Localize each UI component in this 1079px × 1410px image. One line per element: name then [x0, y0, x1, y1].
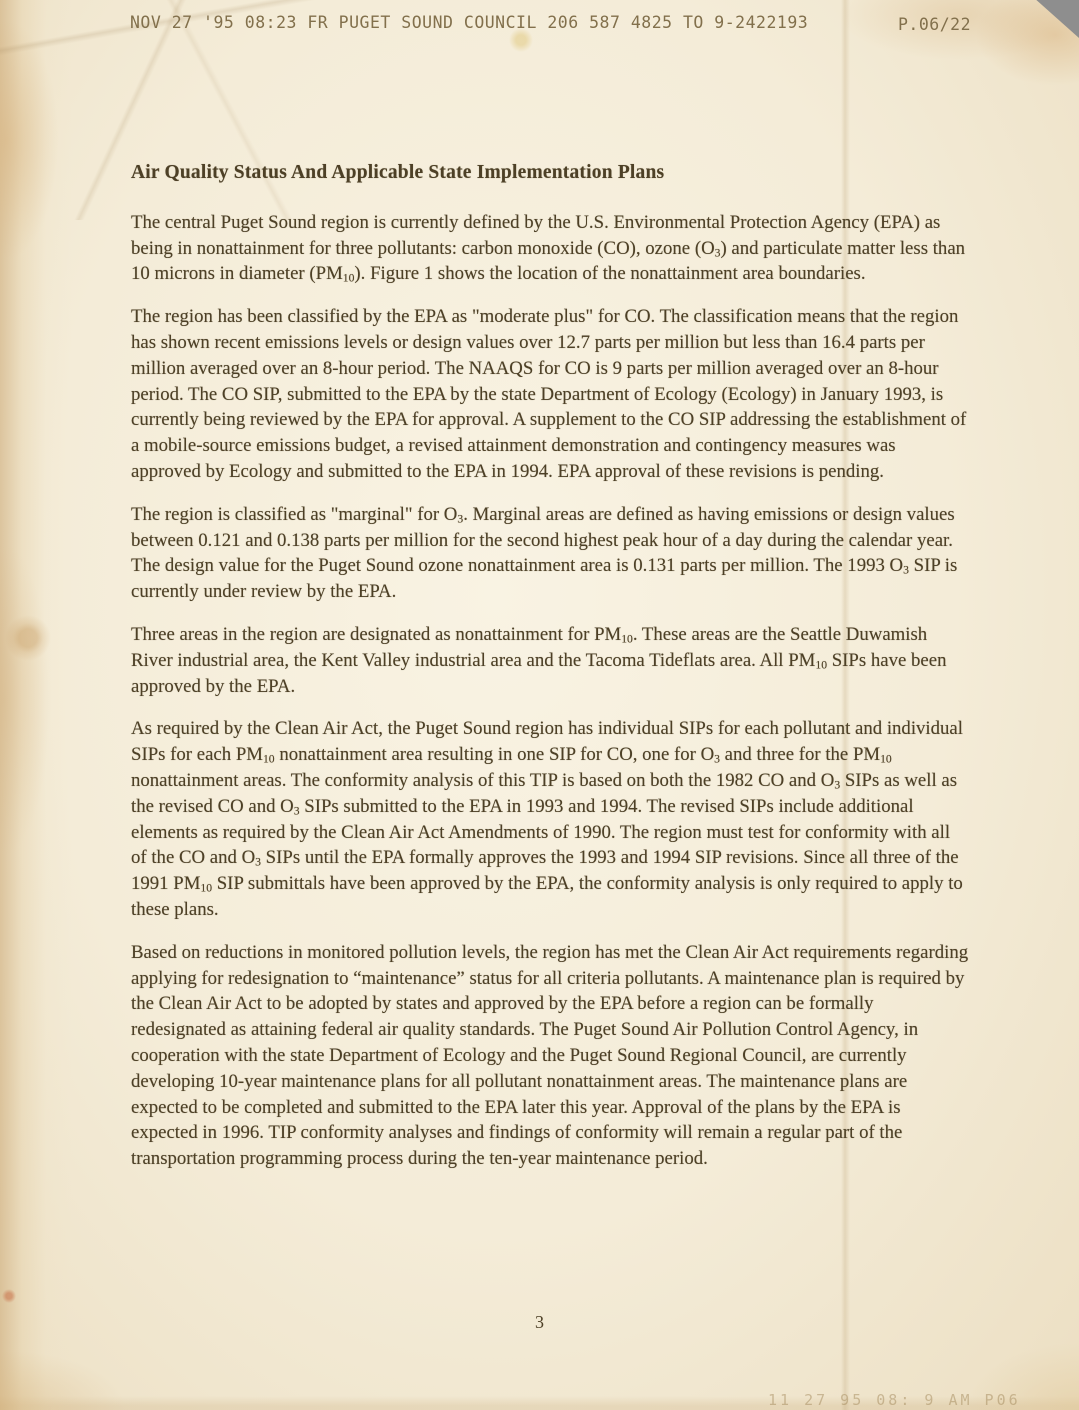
faint-fax-footer: 11 27 95 08: 9 AM P06 [768, 1391, 1021, 1409]
scanned-fax-page: NOV 27 '95 08:23 FR PUGET SOUND COUNCIL … [0, 0, 1079, 1410]
paragraph: As required by the Clean Air Act, the Pu… [131, 716, 969, 922]
fax-header-transmission-line: NOV 27 '95 08:23 FR PUGET SOUND COUNCIL … [130, 13, 808, 32]
torn-corner [1027, 0, 1079, 38]
paragraph: The region is classified as "marginal" f… [131, 502, 969, 605]
document-title: Air Quality Status And Applicable State … [131, 160, 969, 186]
paragraph: The central Puget Sound region is curren… [131, 210, 969, 287]
fax-header-page-count: P.06/22 [898, 15, 971, 34]
paragraph: Three areas in the region are designated… [131, 622, 969, 699]
document-body: Air Quality Status And Applicable State … [131, 160, 969, 1189]
page-number: 3 [0, 1312, 1079, 1333]
paragraph: The region has been classified by the EP… [131, 304, 969, 485]
paragraph: Based on reductions in monitored polluti… [131, 940, 969, 1172]
paragraphs: The central Puget Sound region is curren… [131, 210, 969, 1172]
